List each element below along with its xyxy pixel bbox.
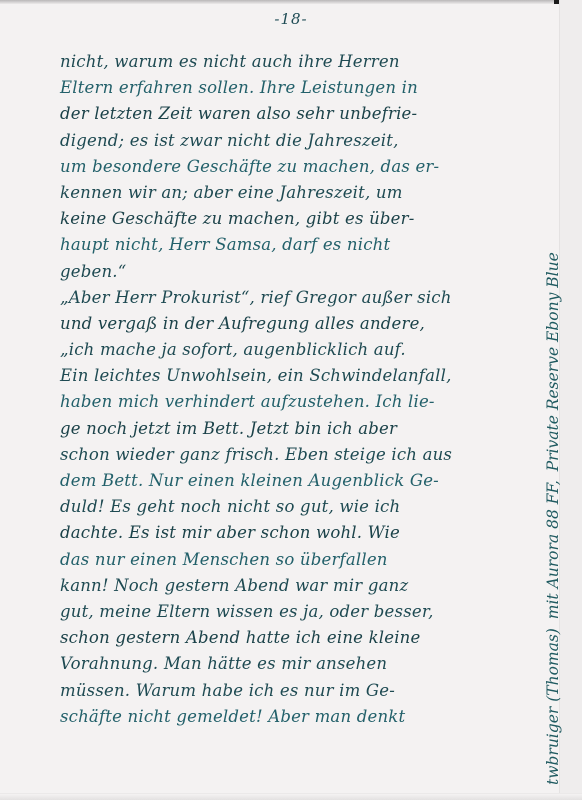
text-line: „ich mache ja sofort, augenblicklich auf… xyxy=(60,337,505,363)
scan-top-edge xyxy=(0,0,582,4)
text-line: kennen wir an; aber eine Jahreszeit, um xyxy=(60,180,505,206)
text-line: das nur einen Menschen so überfallen xyxy=(60,547,505,573)
text-line: ge noch jetzt im Bett. Jetzt bin ich abe… xyxy=(60,416,505,442)
text-line: gut, meine Eltern wissen es ja, oder bes… xyxy=(60,599,505,625)
text-line: geben.“ xyxy=(60,259,505,285)
margin-note-vertical: twbruiger (Thomas) mit Aurora 88 FF, Pri… xyxy=(542,25,564,785)
margin-note-writer: twbruiger (Thomas) xyxy=(544,628,562,785)
text-line: Vorahnung. Man hätte es mir ansehen xyxy=(60,651,505,677)
text-line: „Aber Herr Prokurist“, rief Gregor außer… xyxy=(60,285,505,311)
text-line: keine Geschäfte zu machen, gibt es über- xyxy=(60,206,505,232)
margin-note-pen: mit Aurora 88 FF, xyxy=(544,480,562,619)
handwritten-body: nicht, warum es nicht auch ihre Herren E… xyxy=(60,49,505,730)
text-line: und vergaß in der Aufregung alles andere… xyxy=(60,311,505,337)
scan-bottom-edge xyxy=(0,793,582,800)
text-line: kann! Noch gestern Abend war mir ganz xyxy=(60,573,505,599)
text-line: müssen. Warum habe ich es nur im Ge- xyxy=(60,678,505,704)
text-line: nicht, warum es nicht auch ihre Herren xyxy=(60,49,505,75)
text-line: schon wieder ganz frisch. Eben steige ic… xyxy=(60,442,505,468)
text-line: dem Bett. Nur einen kleinen Augenblick G… xyxy=(60,468,505,494)
text-line: schäfte nicht gemeldet! Aber man denkt xyxy=(60,704,505,730)
text-line: der letzten Zeit waren also sehr unbefri… xyxy=(60,101,505,127)
margin-note-ink: Private Reserve Ebony Blue xyxy=(544,252,562,471)
page-number: -18- xyxy=(0,10,582,28)
text-line: haben mich verhindert aufzustehen. Ich l… xyxy=(60,389,505,415)
text-line: digend; es ist zwar nicht die Jahreszeit… xyxy=(60,128,505,154)
text-line: dachte. Es ist mir aber schon wohl. Wie xyxy=(60,520,505,546)
text-line: schon gestern Abend hatte ich eine klein… xyxy=(60,625,505,651)
text-line: Ein leichtes Unwohlsein, ein Schwindelan… xyxy=(60,363,505,389)
text-line: um besondere Geschäfte zu machen, das er… xyxy=(60,154,505,180)
text-line: Eltern erfahren sollen. Ihre Leistungen … xyxy=(60,75,505,101)
text-line: duld! Es geht noch nicht so gut, wie ich xyxy=(60,494,505,520)
text-line: haupt nicht, Herr Samsa, darf es nicht xyxy=(60,232,505,258)
